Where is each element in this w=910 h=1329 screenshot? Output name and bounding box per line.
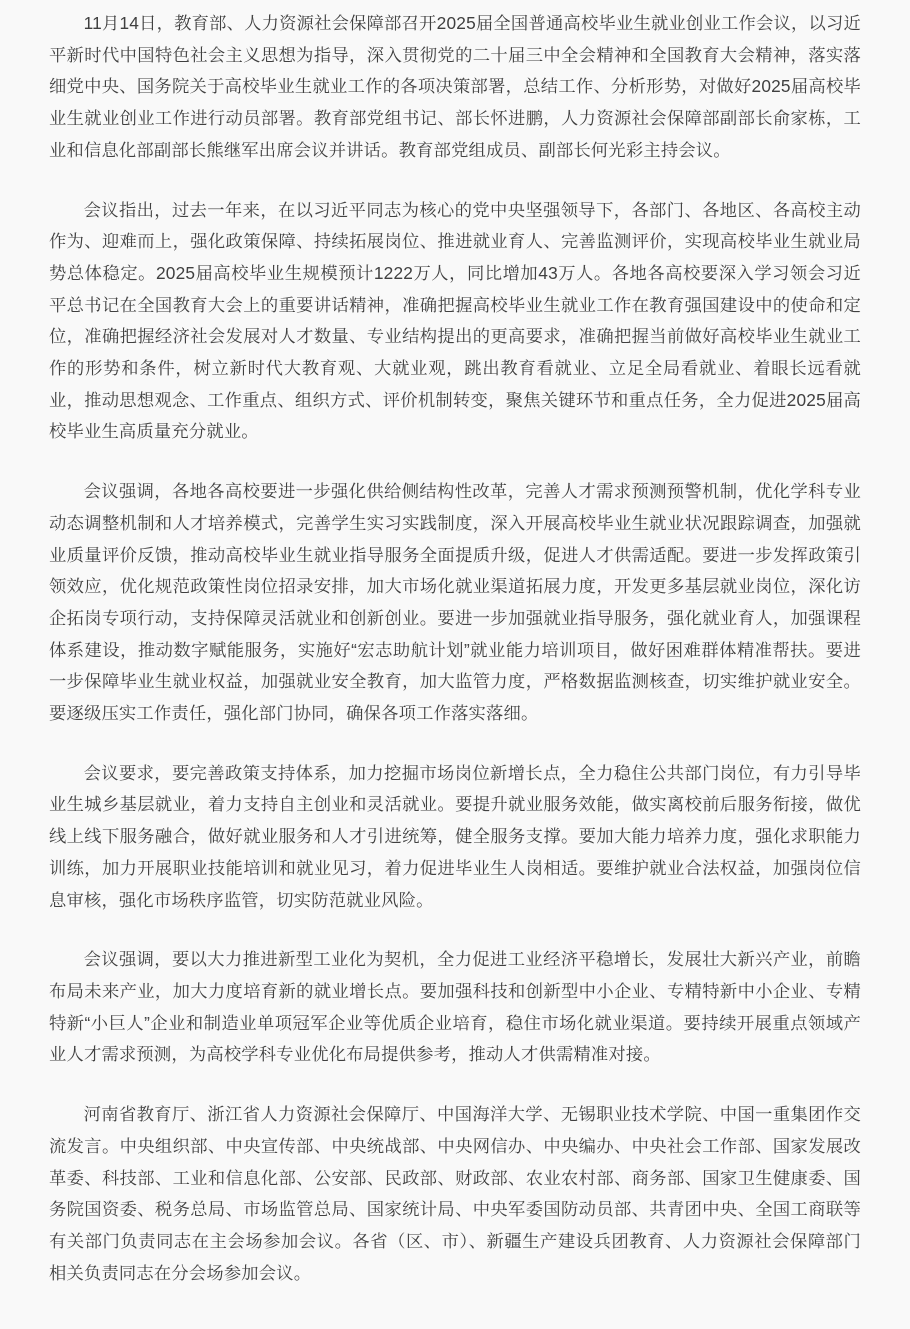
paragraph-meeting-emphasized-1: 会议强调，各地各高校要进一步强化供给侧结构性改革，完善人才需求预测预警机制，优化… xyxy=(49,476,861,730)
paragraph-attendees: 河南省教育厅、浙江省人力资源社会保障厅、中国海洋大学、无锡职业技术学院、中国一重… xyxy=(49,1099,861,1289)
paragraph-meeting-required: 会议要求，要完善政策支持体系，加力挖掘市场岗位新增长点，全力稳住公共部门岗位，有… xyxy=(49,758,861,917)
paragraph-intro: 11月14日，教育部、人力资源社会保障部召开2025届全国普通高校毕业生就业创业… xyxy=(49,8,861,167)
article-body: 11月14日，教育部、人力资源社会保障部召开2025届全国普通高校毕业生就业创业… xyxy=(49,0,861,1329)
paragraph-meeting-pointed-out: 会议指出，过去一年来，在以习近平同志为核心的党中央坚强领导下，各部门、各地区、各… xyxy=(49,195,861,449)
paragraph-meeting-emphasized-2: 会议强调，要以大力推进新型工业化为契机，全力促进工业经济平稳增长，发展壮大新兴产… xyxy=(49,944,861,1071)
